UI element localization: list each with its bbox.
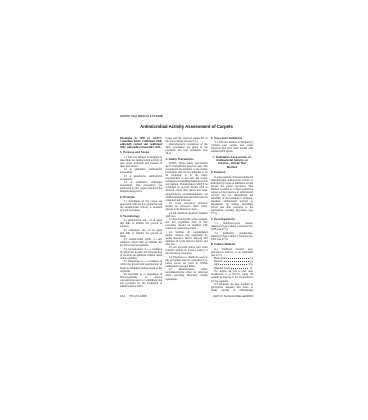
paragraph: 6.1 Assessment of the test method is dem… (211, 176, 253, 216)
column-right: 5. Uses and Limitations5.1 This test met… (211, 137, 253, 292)
section-heading: 5. Uses and Limitations (211, 137, 253, 140)
paragraph: 3.2 antifungal, adj.—of an agent that ki… (120, 229, 162, 238)
section-heading: 4. Safety Precautions (165, 158, 207, 161)
paragraph: 4.4 Sterilize all contaminated media, cu… (165, 231, 207, 246)
ingredient-amount: 1 L (249, 267, 253, 270)
dotted-leader (231, 268, 249, 269)
section-heading: 6. Purpose (211, 171, 253, 174)
paragraph: 8.1 Sterilized nutrient agar, prepared a… (211, 248, 253, 257)
paragraph: 3.1 antibacterial, adj.—of an agent that… (120, 219, 162, 228)
paragraph: 8.2 Adjust the pH so that after steriliz… (211, 270, 253, 282)
section-heading: 7. Test Organisms (211, 218, 253, 221)
recipe-row: Distilled water1 L (214, 267, 253, 270)
document-page: AATCC Test Method 174-1998 Antimicrobial… (120, 115, 253, 298)
page-background: AATCC Test Method 174-1998 Antimicrobial… (0, 0, 368, 420)
paragraph: 4.3 The biologically active reagents and… (165, 218, 207, 230)
part-title: I. Qualitative Assessment of Antibacteri… (213, 156, 251, 169)
paragraph: 4.1 Good laboratory practices should be … (165, 202, 207, 211)
footer-manual-ref: AATCC Technical Manual/2010 (213, 295, 253, 298)
dotted-leader (220, 264, 247, 265)
ingredient-name: Distilled water (214, 267, 230, 270)
section-heading: 1. Purpose and Scope (120, 151, 162, 154)
paragraph: 3.3 antimicrobial agent, n.—any chemical… (120, 238, 162, 247)
paragraph: 1.1 This test method is designed to dete… (120, 156, 162, 168)
method-number-header: AATCC Test Method 174-1998 (120, 115, 253, 118)
paragraph: 2.1 Specimens of the carpet are inoculat… (120, 200, 162, 212)
footer-method-ref: TM 174-1998 (129, 295, 146, 298)
paragraph: NOTE: These safety precautions are for i… (165, 162, 207, 202)
dotted-leader (228, 258, 249, 259)
paragraph: 7.2 Klebsiella pneumoniae, American Type… (211, 232, 253, 241)
dotted-leader (224, 261, 249, 262)
paragraph: 1.2 A qualitative antibacterial assessme… (120, 168, 162, 174)
paragraph: 5.1 This test method is designed to eval… (211, 141, 253, 153)
paragraph: 4.7 Manufacturer's safety recommendation… (165, 268, 207, 280)
page-number: 144 (120, 295, 125, 298)
paragraph: 3.4 bacteriostasis, n.—a condition in wh… (120, 248, 162, 260)
section-heading: 2. Principle (120, 196, 162, 199)
document-title: Antimicrobial Activity Assessment of Car… (120, 125, 253, 130)
revision-notice: Developed in 1998 by AATCC Committee RA3… (120, 137, 162, 149)
column-middle: carpet and the expected useful life of t… (165, 137, 207, 292)
paragraph-continuation: carpet and the expected useful life of t… (165, 137, 207, 143)
paragraph: 1.3 A quantitative antibacterial assessm… (120, 175, 162, 181)
paragraph: 4.2 All chemicals should be handled with… (165, 212, 207, 218)
recipe-table: Beef extract3 gPeptone5 gAgar15 gDistill… (214, 257, 253, 269)
paragraph: 7.1 Staphylococcus aureus, American Type… (211, 222, 253, 231)
paragraph: Interlaboratory evaluations of the three… (165, 143, 207, 155)
footer-left: 144 TM 174-1998 (120, 295, 147, 298)
paragraph: 3.6 inoculum, n.—a suspension of microor… (120, 273, 162, 288)
paragraph: 4.6 Exposure to chemicals used in this p… (165, 256, 207, 268)
paragraph: 4.5 An eyewash and/or face wash fountain… (165, 246, 207, 255)
paragraph: 1.4 A qualitative antifungal assessment.… (120, 181, 162, 193)
paragraph: 8.3 Dispense the agar medium in appropri… (211, 283, 253, 292)
paragraph: 3.5 fungistasis, n.—a condition in which… (120, 260, 162, 272)
text-columns: Developed in 1998 by AATCC Committee RA3… (120, 137, 253, 292)
page-footer: 144 TM 174-1998 AATCC Technical Manual/2… (120, 295, 253, 298)
section-heading: 8. Culture Medium (211, 243, 253, 246)
section-heading: 3. Terminology (120, 215, 162, 218)
column-left: Developed in 1998 by AATCC Committee RA3… (120, 137, 162, 292)
